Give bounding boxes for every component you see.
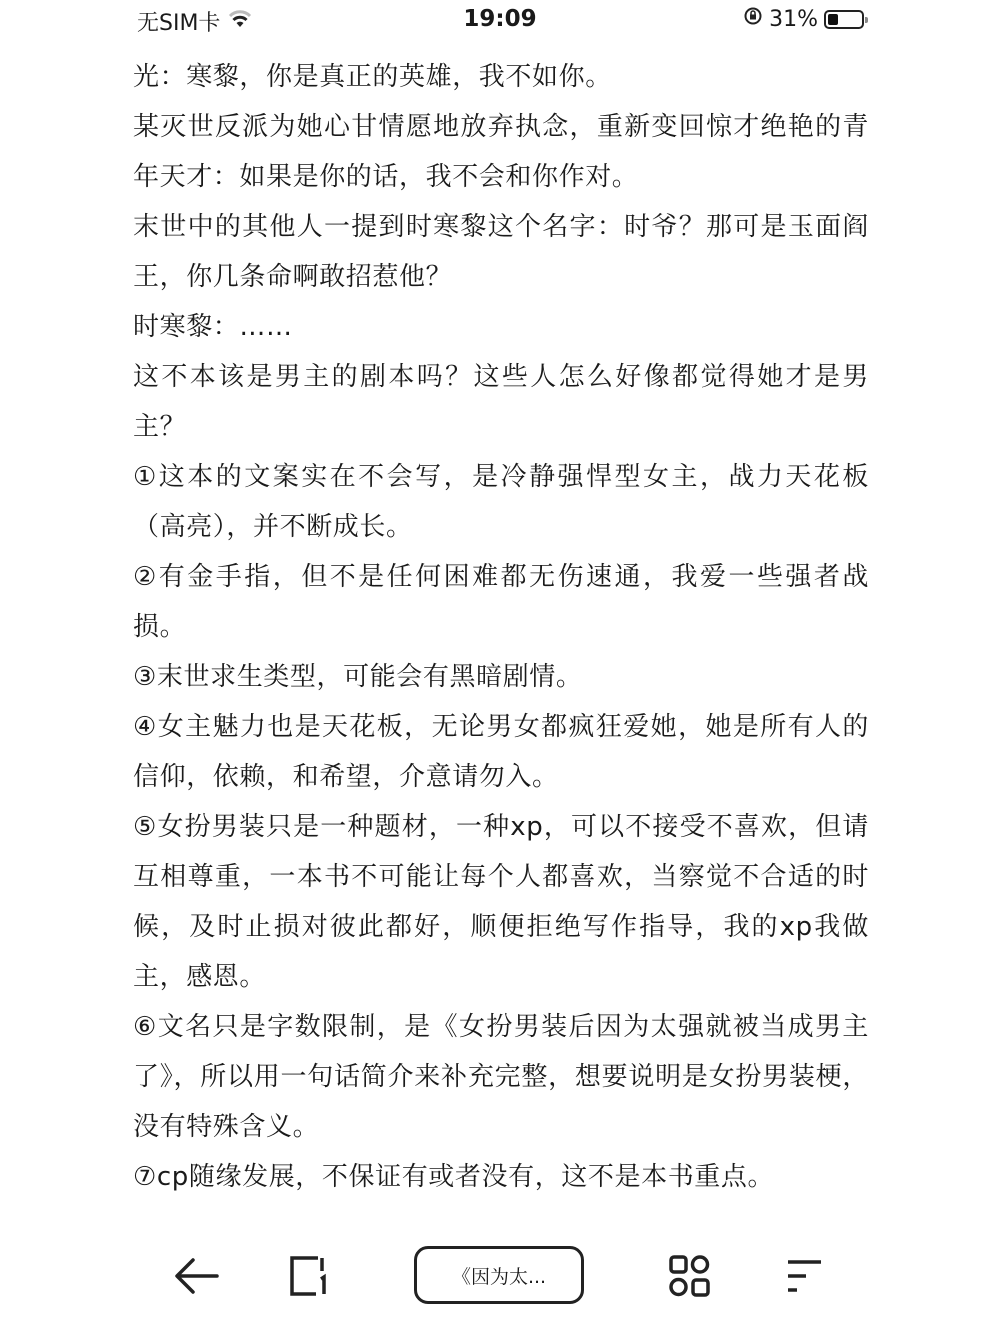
page-icon: [288, 1255, 332, 1297]
reader-content: 光：寒黎，你是真正的英雄，我不如你。 某灭世反派为她心甘情愿地放弃执念，重新变回…: [133, 52, 869, 1202]
status-left: 无SIM卡: [137, 6, 252, 37]
menu-icon: [784, 1258, 824, 1294]
catalog-button[interactable]: [662, 1248, 718, 1304]
status-right: 31%: [743, 6, 864, 32]
page-button[interactable]: [282, 1248, 338, 1304]
book-title-label: 《因为太...: [452, 1262, 546, 1289]
paragraph: ①这本的文案实在不会写，是冷静强悍型女主，战力天花板（高亮），并不断成长。: [133, 452, 869, 552]
paragraph: 光：寒黎，你是真正的英雄，我不如你。: [133, 52, 869, 102]
paragraph: 这不本该是男主的剧本吗？这些人怎么好像都觉得她才是男主？: [133, 352, 869, 452]
paragraph: 末世中的其他人一提到时寒黎这个名字：时爷？那可是玉面阎王，你几条命啊敢招惹他？: [133, 202, 869, 302]
status-bar: 无SIM卡 19:09 31%: [0, 0, 1000, 44]
back-arrow-icon: [173, 1256, 219, 1296]
battery-percent: 31%: [769, 7, 818, 32]
paragraph: ⑦cp随缘发展，不保证有或者没有，这不是本书重点。: [133, 1152, 869, 1202]
paragraph: 某灭世反派为她心甘情愿地放弃执念，重新变回惊才绝艳的青年天才：如果是你的话，我不…: [133, 102, 869, 202]
paragraph: ②有金手指，但不是任何困难都无伤速通，我爱一些强者战损。: [133, 552, 869, 652]
paragraph: ④女主魅力也是天花板，无论男女都疯狂爱她，她是所有人的信仰，依赖，和希望，介意请…: [133, 702, 869, 802]
paragraph: ③末世求生类型，可能会有黑暗剧情。: [133, 652, 869, 702]
paragraph: ⑥文名只是字数限制，是《女扮男装后因为太强就被当成男主了》，所以用一句话简介来补…: [133, 1002, 869, 1152]
battery-icon: [824, 10, 864, 29]
book-title-button[interactable]: 《因为太...: [414, 1246, 584, 1304]
carrier-label: 无SIM卡: [137, 6, 220, 37]
rotation-lock-icon: [743, 6, 763, 32]
paragraph: 时寒黎：……: [133, 302, 869, 352]
paragraph: ⑤女扮男装只是一种题材，一种xp，可以不接受不喜欢，但请互相尊重，一本书不可能让…: [133, 802, 869, 1002]
back-button[interactable]: [168, 1248, 224, 1304]
bottom-toolbar: 《因为太...: [0, 1236, 1000, 1316]
wifi-icon: [228, 9, 252, 35]
menu-button[interactable]: [776, 1248, 832, 1304]
grid-icon: [668, 1254, 712, 1298]
